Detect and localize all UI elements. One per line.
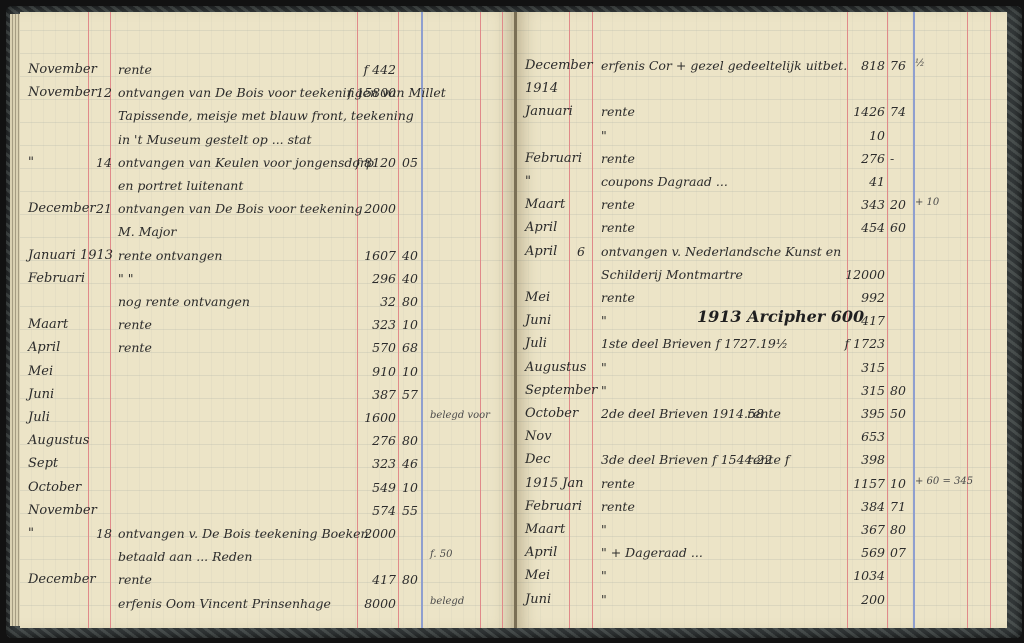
month-cell: April [525,545,557,560]
cents-cell: 68 [402,340,418,355]
description-cell: rente [118,572,152,587]
description-cell: nog rente ontvangen [118,294,250,309]
day-cell: 12 [96,85,112,100]
month-cell: Januari [525,104,573,119]
cents-cell: 10 [402,364,418,379]
ledger-row: October2de deel Brieven 1914.5839550rent… [517,402,1007,426]
month-cell: April [28,340,60,355]
month-cell: Februari [525,499,582,514]
guilders-cell: 12000 [845,267,885,282]
month-cell: 1915 Jan [525,476,584,491]
description-cell: " [601,568,607,583]
ledger-row: Decemberrente41780 [20,568,514,592]
month-cell: Mei [28,364,53,379]
guilders-cell: 395 [861,406,885,421]
ledger-row: Decembererfenis Cor + gezel gedeeltelijk… [517,54,1007,78]
month-cell: Juni [525,313,551,328]
cents-cell: 60 [890,220,906,235]
description-cell: " [601,313,607,328]
ledger-row: Aprilrente57068 [20,336,514,360]
note-cell: + 60 = 345 [915,476,973,487]
guilders-cell: 398 [861,452,885,467]
ledger-row: Juni"4171913 Arcipher 600 [517,309,1007,333]
cents-cell: 10 [402,480,418,495]
month-cell: April [525,220,557,235]
description-cell: ontvangen v. Nederlandsche Kunst en [601,244,841,259]
guilders-cell: 315 [861,360,885,375]
cents-cell: 46 [402,456,418,471]
description-cell: ontvangen van De Bois voor teekeningen v… [118,85,446,100]
ledger-row: Februari" "29640 [20,267,514,291]
ledger-row: April6ontvangen v. Nederlandsche Kunst e… [517,240,1007,264]
ledger-row: Maartrente34320+ 10 [517,193,1007,217]
guilders-cell: 569 [861,545,885,560]
description-cell: " [601,360,607,375]
guilders-cell: 570 [372,340,396,355]
description-cell: " + Dageraad ... [601,545,703,560]
ledger-row: Mei91010 [20,360,514,384]
cents-cell: 40 [402,271,418,286]
cents-cell: 10 [402,317,418,332]
month-cell: " [28,526,34,541]
ledger-row: Maartrente32310 [20,313,514,337]
cents-cell: 80 [402,294,418,309]
description-cell: rente [118,340,152,355]
ledger-row: Novemberrentef 442 [20,58,514,82]
ledger-row: September"31580 [517,379,1007,403]
ledger-row: 1915 Janrente115710+ 60 = 345 [517,472,1007,496]
description-cell: rente [601,151,635,166]
ledger-row: erfenis Oom Vincent Prinsenhage8000beleg… [20,592,514,616]
month-cell: November [28,62,97,77]
ledger-row: Dec3de deel Brieven f 1544.22398rente f [517,448,1007,472]
guilders-cell: 32 [380,294,396,309]
guilders-cell: f 1723 [845,336,885,351]
ledger-row: November57455 [20,499,514,523]
month-cell: April [525,244,557,259]
cents-cell: 74 [890,104,906,119]
description-cell: en portret luitenant [118,178,243,193]
month-cell: Februari [525,151,582,166]
guilders-cell: 1600 [364,410,396,425]
guilders-cell: 41 [869,174,885,189]
month-cell: Mei [525,568,550,583]
month-cell: Juli [525,336,547,351]
ledger-row: Maart"36780 [517,518,1007,542]
description-cell: rente [601,220,635,235]
guilders-cell: 2000 [364,201,396,216]
month-cell: Juni [28,387,54,402]
month-cell: October [28,480,81,495]
month-cell: Juli [28,410,50,425]
cents-cell: 10 [890,476,906,491]
description-cell: " [601,522,607,537]
month-cell: Augustus [28,433,89,448]
guilders-cell: 2000 [364,526,396,541]
guilders-cell: f 15800 [348,85,396,100]
description-cell: in 't Museum gestelt op ... stat [118,132,312,147]
description-cell: rente [601,499,635,514]
month-cell: " [525,174,531,189]
ledger-row: 1914 [517,77,1007,101]
ledger-row: Augustus27680 [20,429,514,453]
guilders-cell: 1607 [364,248,396,263]
description-cell: " [601,592,607,607]
ledger-row: Juni"200 [517,588,1007,612]
description-cell: rente [118,317,152,332]
month-cell: Juni [525,592,551,607]
cents-cell: 80 [890,383,906,398]
day-cell: 18 [96,526,112,541]
description-cell: erfenis Cor + gezel gedeeltelijk uitbet. [601,58,847,73]
ledger-row: Aprilrente45460 [517,216,1007,240]
description-cell: 1ste deel Brieven f 1727.19½ [601,336,788,351]
guilders-cell: 1157 [853,476,885,491]
guilders-cell: 417 [372,572,396,587]
month-cell: " [28,155,34,170]
ledger-row: October54910 [20,476,514,500]
ledger-row: "18ontvangen v. De Bois teekening Boeken… [20,522,514,546]
cents-cell: 80 [402,433,418,448]
guilders-cell: 1034 [853,568,885,583]
guilders-cell: 276 [861,151,885,166]
cents-cell: 80 [402,572,418,587]
cents-cell: 50 [890,406,906,421]
guilders-cell: 384 [861,499,885,514]
description-cell: coupons Dagraad ... [601,174,728,189]
ledger-row: Juli1600belegd voor [20,406,514,430]
month-cell: December [28,201,96,216]
month-cell: November [28,503,97,518]
guilders-cell: 387 [372,387,396,402]
month-cell: Nov [525,429,552,444]
guilders-cell: 1426 [853,104,885,119]
cents-cell: 71 [890,499,906,514]
month-cell: Februari [28,271,85,286]
day-cell: 14 [96,155,112,170]
ledger-row: Juni38757 [20,383,514,407]
ledger-row: "10 [517,124,1007,148]
description-cell: " [601,383,607,398]
month-cell: Mei [525,290,550,305]
guilders-cell: 323 [372,317,396,332]
guilders-cell: f 8120 [356,155,396,170]
ledger-row: betaald aan ... Redenf. 50 [20,545,514,569]
cents-cell: 57 [402,387,418,402]
guilders-cell: 276 [372,433,396,448]
month-cell: October [525,406,578,421]
month-cell: Maart [525,197,565,212]
month-cell: Dec [525,452,550,467]
description-cell: ontvangen van Keulen voor jongensdorp [118,155,374,170]
guilders-cell: 8000 [364,596,396,611]
guilders-cell: 549 [372,480,396,495]
month-cell: December [28,572,96,587]
cents-cell: 07 [890,545,906,560]
description-cell: rente [601,104,635,119]
description-cell: rente [601,290,635,305]
description-cell: ontvangen van De Bois voor teekening [118,201,363,216]
description-cell: rente [601,197,635,212]
cents-cell: 05 [402,155,418,170]
description-cell: " [601,128,607,143]
ledger-row: November12ontvangen van De Bois voor tee… [20,81,514,105]
cents-cell: - [890,151,894,166]
description-cell: 2de deel Brieven 1914.58 [601,406,764,421]
description-cell: " " [118,271,133,286]
ledger-row: Mei"1034 [517,564,1007,588]
month-cell: November [28,85,97,100]
ledger-row: Schilderij Montmartre12000 [517,263,1007,287]
note-cell: ½ [915,58,925,69]
guilders-cell: 574 [372,503,396,518]
ledger-row: "coupons Dagraad ...41 [517,170,1007,194]
month-cell: Maart [28,317,68,332]
cents-cell: 80 [890,522,906,537]
guilders-cell: 10 [869,128,885,143]
description-cell: Schilderij Montmartre [601,267,743,282]
month-cell: Maart [525,522,565,537]
ledger-row: December21ontvangen van De Bois voor tee… [20,197,514,221]
left-page: Novemberrentef 442November12ontvangen va… [20,12,514,628]
inline-annotation: rente f [747,452,789,467]
month-cell: 1914 [525,81,558,96]
ledger-row: "14ontvangen van Keulen voor jongensdorp… [20,151,514,175]
month-cell: September [525,383,597,398]
ledger-row: Nov653 [517,425,1007,449]
inserted-annotation: 1913 Arcipher 600 [697,307,864,326]
ledger-row: nog rente ontvangen3280 [20,290,514,314]
day-cell: 21 [96,201,112,216]
guilders-cell: 296 [372,271,396,286]
ledger-row: in 't Museum gestelt op ... stat [20,128,514,152]
ledger-row: Januari 1913rente ontvangen160740 [20,244,514,268]
description-cell: rente ontvangen [118,248,222,263]
ledger-row: Januarirente142674 [517,100,1007,124]
note-cell: belegd voor [430,410,490,421]
description-cell: rente [601,476,635,491]
description-cell: M. Major [118,224,176,239]
day-cell: 6 [577,244,585,259]
ledger-row: M. Major [20,220,514,244]
inline-annotation: rente [747,406,781,421]
ledger-row: Augustus"315 [517,356,1007,380]
guilders-cell: 343 [861,197,885,212]
guilders-cell: 910 [372,364,396,379]
ledger-row: Februarirente38471 [517,495,1007,519]
guilders-cell: 417 [861,313,885,328]
month-cell: Augustus [525,360,586,375]
ledger-row: April" + Dageraad ...56907 [517,541,1007,565]
ledger-row: Tapissende, meisje met blauw front, teek… [20,104,514,128]
ledger-row: en portret luitenant [20,174,514,198]
ledger-row: Juli1ste deel Brieven f 1727.19½f 1723 [517,332,1007,356]
guilders-cell: 992 [861,290,885,305]
note-cell: f. 50 [430,549,452,560]
guilders-cell: f 442 [364,62,396,77]
ledger-row: Februarirente276- [517,147,1007,171]
guilders-cell: 367 [861,522,885,537]
cents-cell: 76 [890,58,906,73]
description-cell: betaald aan ... Reden [118,549,252,564]
right-page: Decembererfenis Cor + gezel gedeeltelijk… [517,12,1007,628]
description-cell: Tapissende, meisje met blauw front, teek… [118,108,414,123]
guilders-cell: 315 [861,383,885,398]
cents-cell: 55 [402,503,418,518]
cents-cell: 20 [890,197,906,212]
guilders-cell: 454 [861,220,885,235]
note-cell: + 10 [915,197,939,208]
guilders-cell: 323 [372,456,396,471]
ledger-row: Sept32346 [20,452,514,476]
description-cell: ontvangen v. De Bois teekening Boeken [118,526,369,541]
month-cell: December [525,58,593,73]
month-cell: Sept [28,456,58,471]
guilders-cell: 818 [861,58,885,73]
description-cell: erfenis Oom Vincent Prinsenhage [118,596,331,611]
month-cell: Januari 1913 [28,248,113,263]
note-cell: belegd [430,596,464,607]
guilders-cell: 200 [861,592,885,607]
cents-cell: 40 [402,248,418,263]
description-cell: rente [118,62,152,77]
guilders-cell: 653 [861,429,885,444]
